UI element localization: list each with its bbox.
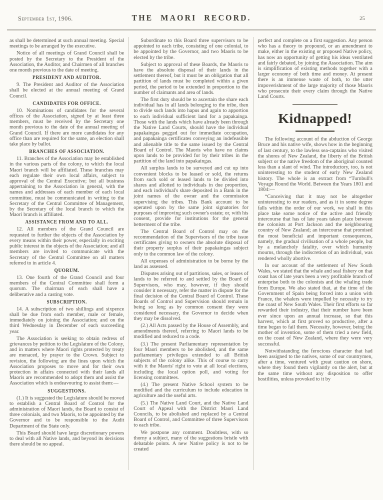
body-paragraph: as shall be determined at such annual me… (10, 38, 125, 49)
body-paragraph: Notwithstanding the ferocious character … (258, 348, 373, 382)
body-paragraph: “Conceiving that it may not be altogethe… (258, 194, 373, 261)
newspaper-page: September 1st, 1906. THE MAORI RECORD. 2… (0, 0, 383, 500)
page-title: THE MAORI RECORD. (0, 14, 383, 23)
body-paragraph: The following account of the abduction o… (258, 137, 373, 193)
section-heading: ASSISTANCE FROM AND TO ALL. (10, 220, 125, 225)
section-heading: PRESIDENT AND AUDITOR. (10, 76, 125, 81)
article-headline: Kidnapped! (258, 111, 373, 127)
page-number: 25 (360, 16, 366, 22)
body-paragraph: (3.) The present Parliamentary represent… (134, 341, 249, 380)
section-heading: SUBSCRIPTION. (10, 300, 125, 305)
body-paragraph: All expenses of administration to be bor… (134, 258, 249, 269)
text-columns: as shall be determined at such annual me… (5, 37, 377, 470)
body-paragraph: 12. All members of the Grand Council are… (10, 227, 125, 266)
header-rule (7, 29, 376, 31)
body-paragraph: (5.) The Native Land Court, and the Nati… (134, 400, 249, 428)
scanned-page: September 1st, 1906. THE MAORI RECORD. 2… (0, 0, 383, 500)
body-paragraph: Subject to approval of these Boards, the… (134, 62, 249, 96)
body-paragraph: (1.) It is suggested the Legislature sho… (10, 395, 125, 429)
body-paragraph: Subordinate to this Board three supervis… (134, 38, 249, 60)
body-paragraph: (2.) All Acts passed by the House of Ass… (134, 323, 249, 340)
body-paragraph: Notice of all meetings of Grand Council … (10, 51, 125, 73)
body-paragraph: All surplus lands to be surveyed and cut… (134, 166, 249, 228)
body-paragraph: The Association is seeking to obtain red… (10, 336, 125, 386)
body-paragraph: In our account of the settlement of New … (258, 263, 373, 347)
divider-rule (293, 104, 338, 105)
body-paragraph: The first duty should be to ascertain th… (134, 97, 249, 164)
section-heading: CANDIDATES FOR OFFICE. (10, 101, 125, 106)
body-paragraph: 10. Nominations of candidates for the se… (10, 108, 125, 147)
body-paragraph: 13. One fourth of the Grand Council and … (10, 275, 125, 297)
section-heading: QUORUM. (10, 268, 125, 273)
body-paragraph: 9. The President and Auditor of the Asso… (10, 82, 125, 99)
body-paragraph: (4.) The present Native School system to… (134, 382, 249, 399)
column-2: Subordinate to this Board three supervis… (129, 37, 253, 470)
body-paragraph: 11. Branches of the Association may be e… (10, 156, 125, 218)
body-paragraph: perfect and complete on a first suggesti… (258, 38, 373, 100)
divider-rule (296, 131, 335, 133)
column-3: perfect and complete on a first suggesti… (253, 37, 377, 470)
section-heading: SUGGESTIONS. (10, 389, 125, 394)
body-paragraph: We postpone any comment. Doubtless, with… (134, 430, 249, 452)
page-header: September 1st, 1906. THE MAORI RECORD. 2… (0, 0, 383, 29)
section-heading: BRANCHES OF ASSOCIATION. (10, 150, 125, 155)
body-paragraph: This Board should have large discretiona… (10, 430, 125, 447)
body-paragraph: Disputes arising out of partitions, sale… (134, 271, 249, 321)
body-paragraph: The Central Board of Control may on the … (134, 229, 249, 257)
column-1: as shall be determined at such annual me… (5, 37, 129, 470)
body-paragraph: 14. A subscription of two shillings and … (10, 306, 125, 334)
